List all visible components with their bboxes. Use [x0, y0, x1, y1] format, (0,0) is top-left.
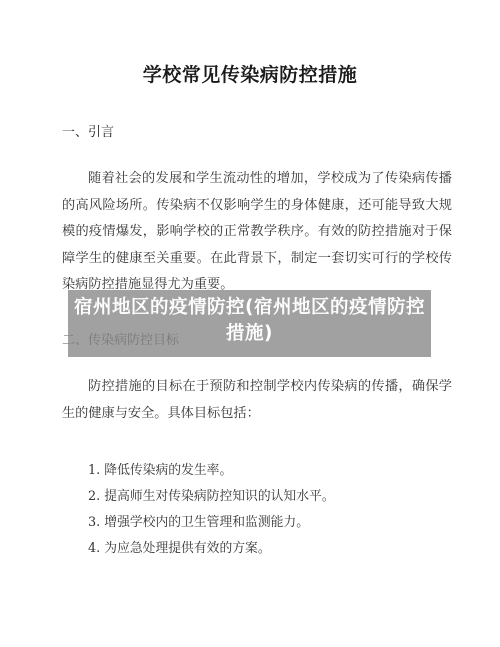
goals-list: 1. 降低传染病的发生率。 2. 提高师生对传染病防控知识的认知水平。 3. 增…: [88, 458, 335, 562]
goals-paragraph: 防控措施的目标在于预防和控制学校内传染病的传播，确保学生的健康与安全。具体目标包…: [62, 374, 452, 427]
list-item: 1. 降低传染病的发生率。: [88, 458, 335, 484]
section-heading-introduction: 一、引言: [62, 121, 114, 140]
document-title: 学校常见传染病防控措施: [0, 60, 500, 87]
list-item: 3. 增强学校内的卫生管理和监测能力。: [88, 510, 335, 536]
document-page: 学校常见传染病防控措施 一、引言 随着社会的发展和学生流动性的增加，学校成为了传…: [0, 0, 500, 647]
list-item: 2. 提高师生对传染病防控知识的认知水平。: [88, 484, 335, 510]
list-item: 4. 为应急处理提供有效的方案。: [88, 536, 335, 562]
overlay-title-text: 宿州地区的疫情防控(宿州地区的疫情防控措施): [68, 290, 431, 347]
title-overlay-banner: 宿州地区的疫情防控(宿州地区的疫情防控措施): [68, 290, 431, 357]
introduction-paragraph: 随着社会的发展和学生流动性的增加，学校成为了传染病传播的高风险场所。传染病不仅影…: [62, 166, 452, 299]
